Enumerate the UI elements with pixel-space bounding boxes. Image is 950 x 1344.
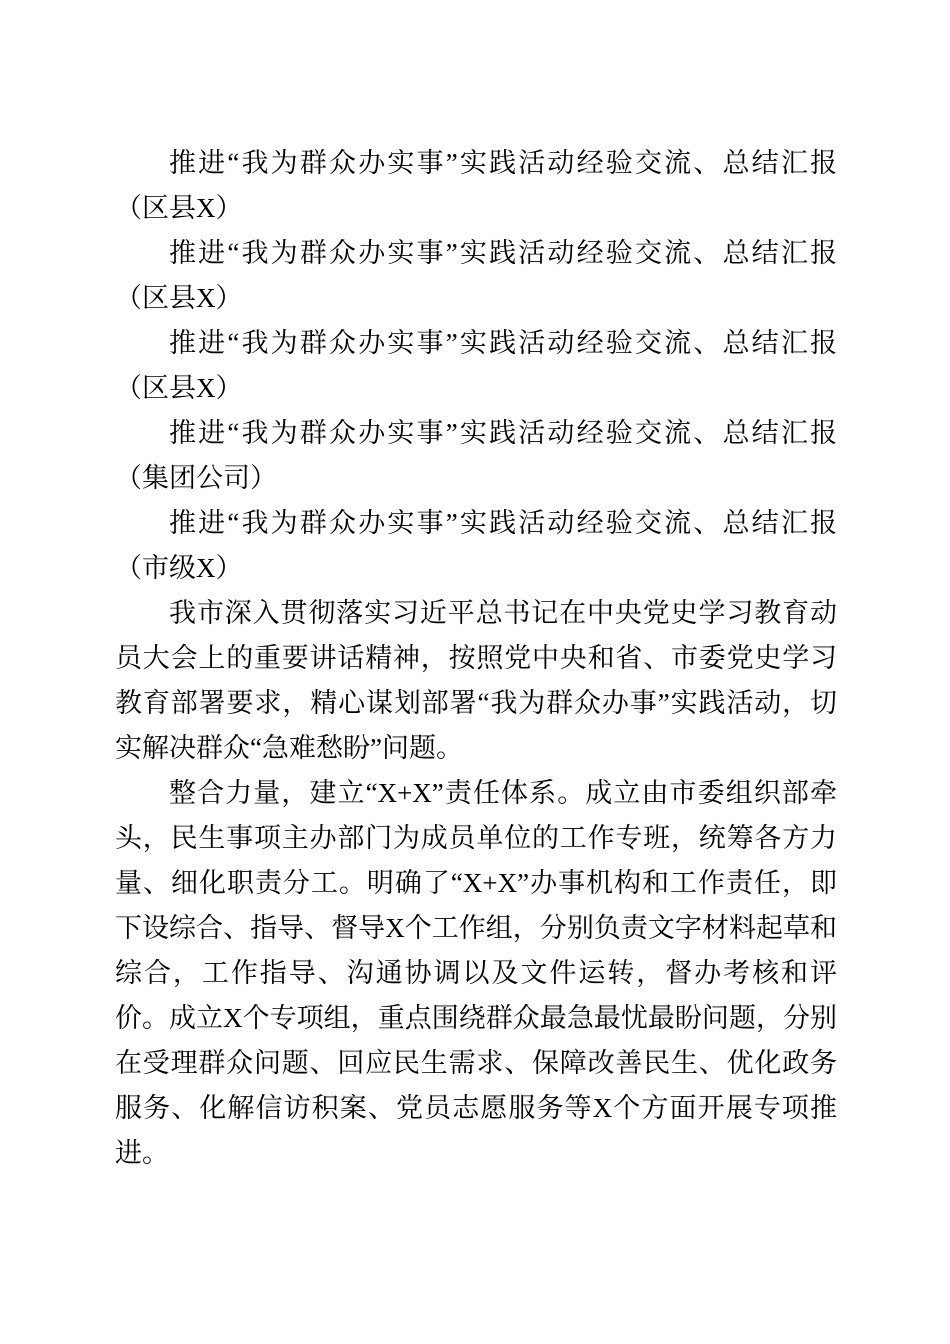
paragraph: 推进“我为群众办实事”实践活动经验交流、总结汇报（市级X） — [115, 501, 837, 591]
paragraph: 推进“我为群众办实事”实践活动经验交流、总结汇报（区县X） — [115, 231, 837, 321]
paragraph: 我市深入贯彻落实习近平总书记在中央党史学习教育动员大会上的重要讲话精神，按照党中… — [115, 591, 837, 771]
paragraph: 推进“我为群众办实事”实践活动经验交流、总结汇报（区县X） — [115, 141, 837, 231]
document-content: 推进“我为群众办实事”实践活动经验交流、总结汇报（区县X）推进“我为群众办实事”… — [115, 141, 837, 1176]
paragraph: 整合力量，建立“X+X”责任体系。成立由市委组织部牵头，民生事项主办部门为成员单… — [115, 771, 837, 1176]
paragraph: 推进“我为群众办实事”实践活动经验交流、总结汇报（区县X） — [115, 321, 837, 411]
document-page: 推进“我为群众办实事”实践活动经验交流、总结汇报（区县X）推进“我为群众办实事”… — [0, 0, 950, 1344]
paragraph: 推进“我为群众办实事”实践活动经验交流、总结汇报（集团公司） — [115, 411, 837, 501]
